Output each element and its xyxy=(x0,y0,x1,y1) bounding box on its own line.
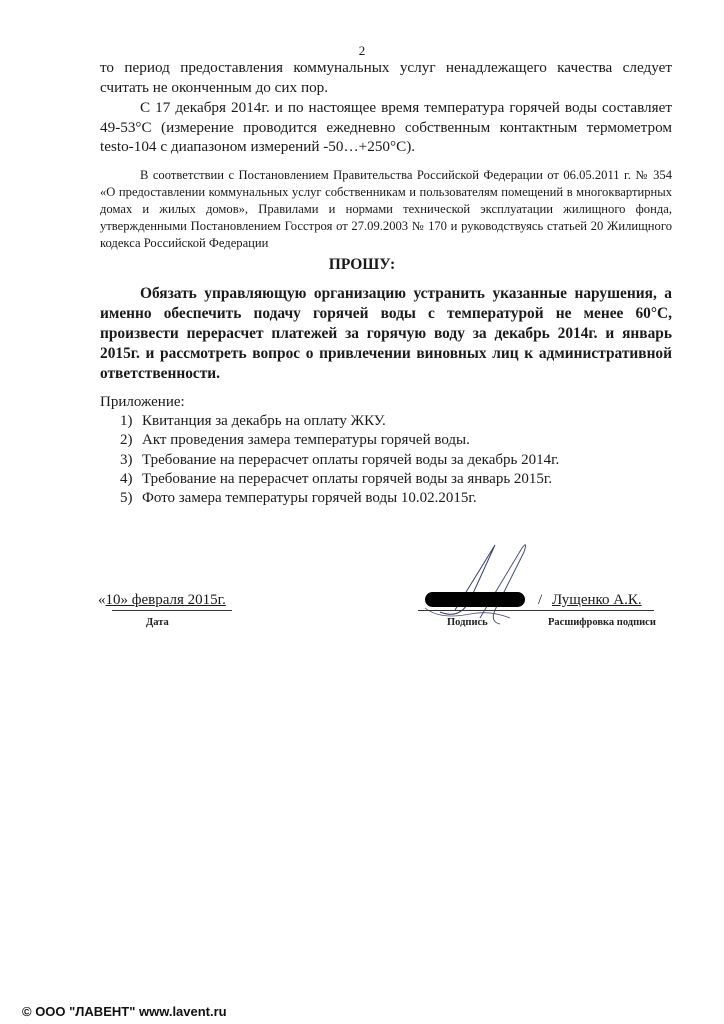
attachment-item: 3)Требование на перерасчет оплаты горяче… xyxy=(100,451,559,470)
attachments-list: Приложение: 1)Квитанция за декабрь на оп… xyxy=(100,393,559,508)
request-text: Обязать управляющую организацию устранит… xyxy=(100,284,672,384)
attachments-heading: Приложение: xyxy=(100,393,559,412)
attachment-item: 5)Фото замера температуры горячей воды 1… xyxy=(100,489,559,508)
signer-name: Лущенко А.К. xyxy=(552,592,642,609)
date-underline xyxy=(112,610,232,611)
date-label: Дата xyxy=(146,617,169,628)
attachment-item: 4)Требование на перерасчет оплаты горяче… xyxy=(100,470,559,489)
paragraph-temperature: С 17 декабря 2014г. и по настоящее время… xyxy=(100,98,672,157)
signature-underline xyxy=(418,610,654,611)
attachment-item: 2)Акт проведения замера температуры горя… xyxy=(100,431,559,450)
decode-label: Расшифровка подписи xyxy=(548,617,656,628)
request-title: ПРОШУ: xyxy=(0,256,724,274)
attachment-item: 1)Квитанция за декабрь на оплату ЖКУ. xyxy=(100,412,559,431)
redacted-signature xyxy=(425,592,525,607)
footer-copyright: © ООО "ЛАВЕНТ" www.lavent.ru xyxy=(22,1004,227,1019)
paragraph-period: то период предоставления коммунальных ус… xyxy=(100,58,672,97)
signature-slash: / xyxy=(538,592,542,609)
sign-label: Подпись xyxy=(447,617,488,628)
signature-date: «10» февраля 2015г. xyxy=(98,592,226,609)
page-number: 2 xyxy=(0,43,724,59)
paragraph-legal-basis: В соответствии с Постановлением Правител… xyxy=(100,167,672,252)
